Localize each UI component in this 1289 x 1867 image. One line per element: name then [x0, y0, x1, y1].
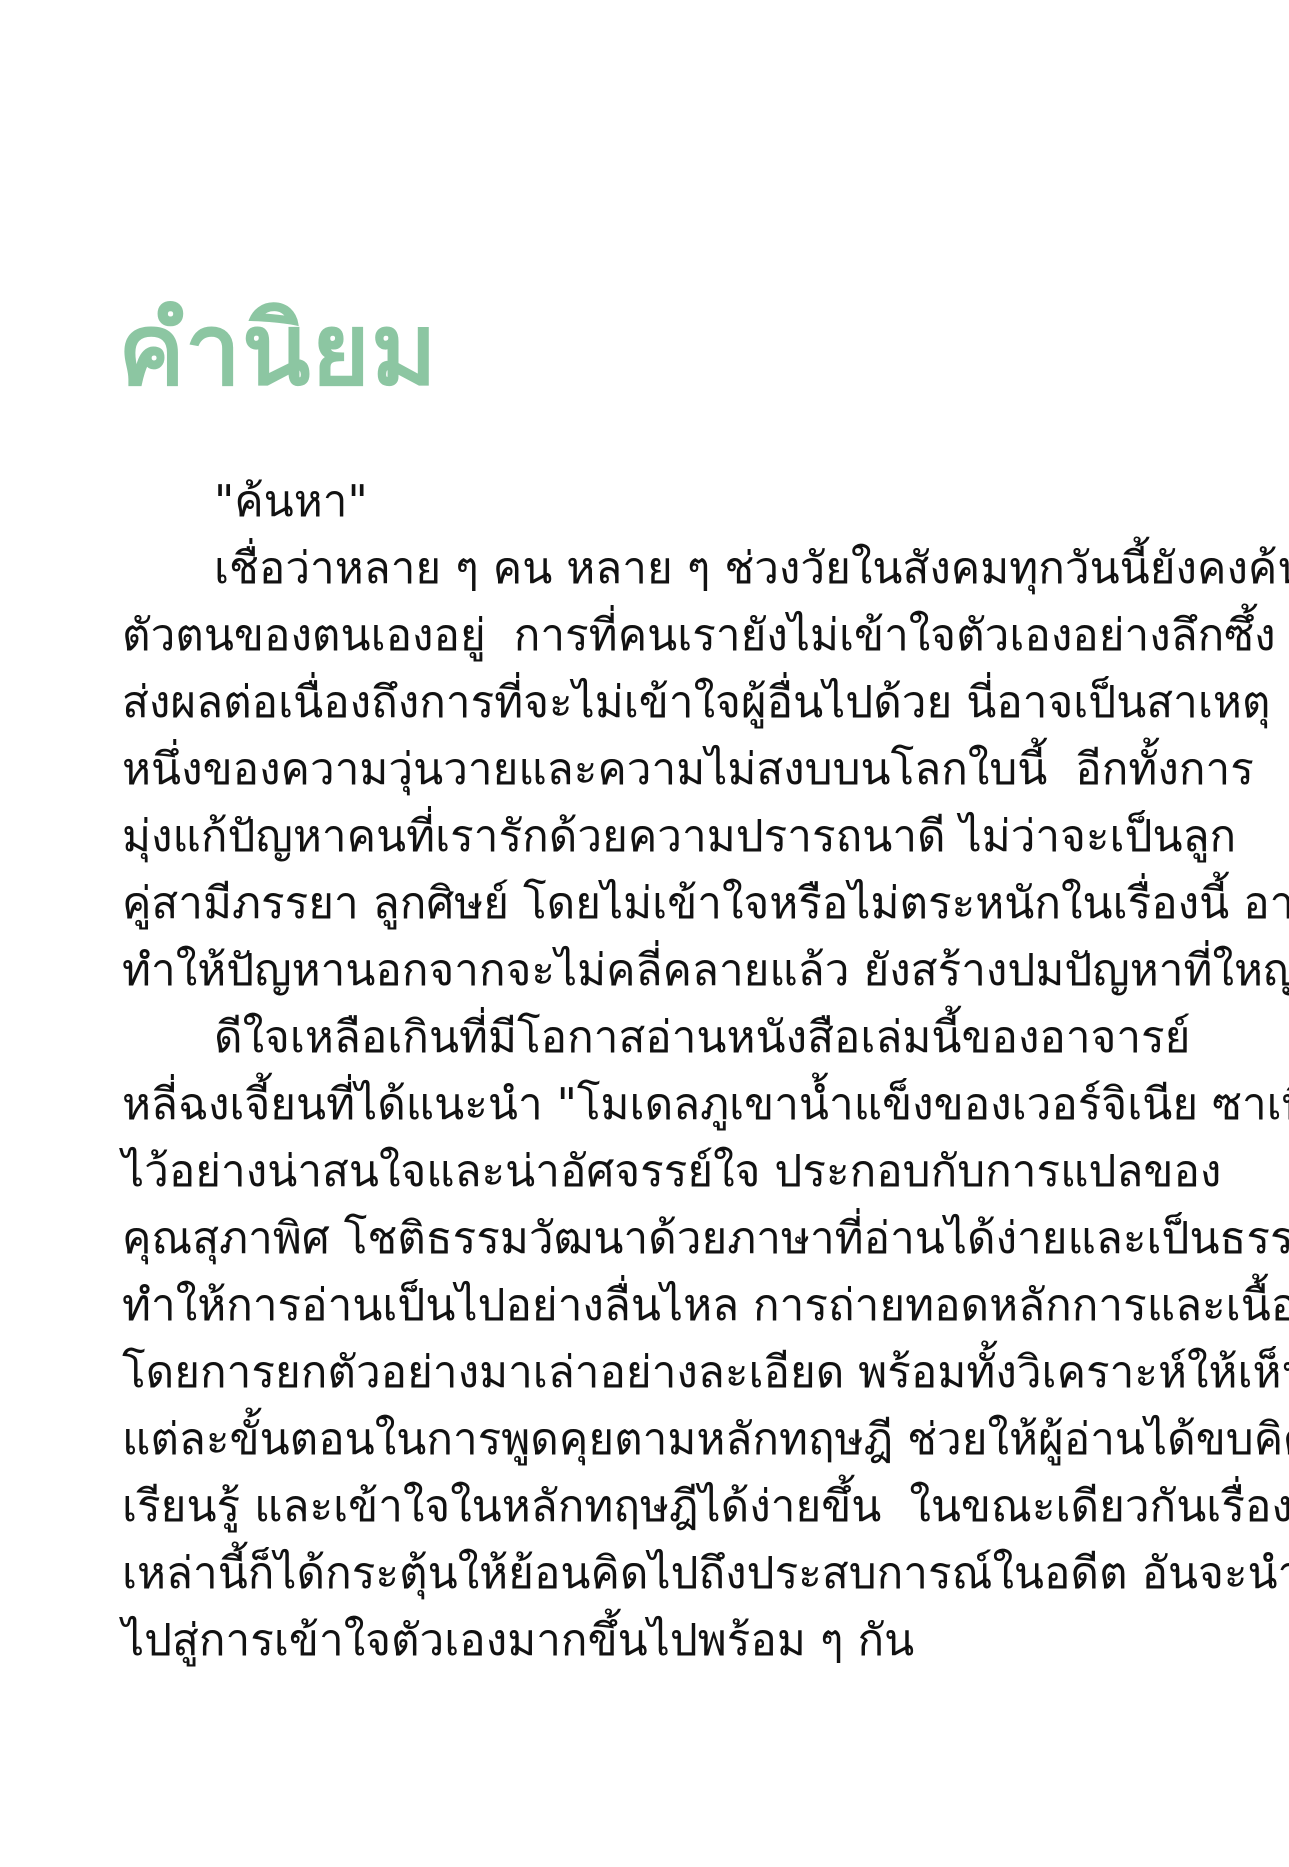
text-line: มุ่งแก้ปัญหาคนที่เรารักด้วยความปรารถนาดี…: [122, 803, 1142, 870]
body-text: "ค้นหา" เชื่อว่าหลาย ๆ คน หลาย ๆ ช่วงวัย…: [122, 468, 1142, 1674]
text-line: โดยการยกตัวอย่างมาเล่าอย่างละเอียด พร้อม…: [122, 1339, 1142, 1406]
text-line: หลี่ฉงเจี้ยนที่ได้แนะนำ "โมเดลภูเขาน้ำแข…: [122, 1071, 1142, 1138]
text-line: ทำให้ปัญหานอกจากจะไม่คลี่คลายแล้ว ยังสร้…: [122, 937, 1142, 1004]
text-line: ทำให้การอ่านเป็นไปอย่างลื่นไหล การถ่ายทอ…: [122, 1272, 1142, 1339]
text-line: ตัวตนของตนเองอยู่ การที่คนเรายังไม่เข้าใ…: [122, 602, 1142, 669]
text-line: "ค้นหา": [122, 468, 1142, 535]
text-line: แต่ละขั้นตอนในการพูดคุยตามหลักทฤษฎี ช่วย…: [122, 1406, 1142, 1473]
text-line: ดีใจเหลือเกินที่มีโอกาสอ่านหนังสือเล่มนี…: [122, 1004, 1142, 1071]
text-line: ไปสู่การเข้าใจตัวเองมากขึ้นไปพร้อม ๆ กัน: [122, 1607, 1142, 1674]
text-line: ไว้อย่างน่าสนใจและน่าอัศจรรย์ใจ ประกอบกั…: [122, 1138, 1142, 1205]
text-line: เรียนรู้ และเข้าใจในหลักทฤษฎีได้ง่ายขึ้น…: [122, 1473, 1142, 1540]
book-page: คำนิยม "ค้นหา" เชื่อว่าหลาย ๆ คน หลาย ๆ …: [0, 0, 1289, 1867]
text-line: หนึ่งของความวุ่นวายและความไม่สงบบนโลกใบน…: [122, 736, 1142, 803]
text-line: คู่สามีภรรยา ลูกศิษย์ โดยไม่เข้าใจหรือไม…: [122, 870, 1142, 937]
paragraph-intro: เชื่อว่าหลาย ๆ คน หลาย ๆ ช่วงวัยในสังคมท…: [122, 535, 1142, 1004]
text-line: คุณสุภาพิศ โชติธรรมวัฒนาด้วยภาษาที่อ่านไ…: [122, 1205, 1142, 1272]
page-title: คำนิยม: [118, 295, 438, 405]
paragraph-book-review: ดีใจเหลือเกินที่มีโอกาสอ่านหนังสือเล่มนี…: [122, 1004, 1142, 1674]
text-line: ส่งผลต่อเนื่องถึงการที่จะไม่เข้าใจผู้อื่…: [122, 669, 1142, 736]
text-line: เหล่านี้ก็ได้กระตุ้นให้ย้อนคิดไปถึงประสบ…: [122, 1540, 1142, 1607]
text-line: เชื่อว่าหลาย ๆ คน หลาย ๆ ช่วงวัยในสังคมท…: [122, 535, 1142, 602]
paragraph-quote: "ค้นหา": [122, 468, 1142, 535]
